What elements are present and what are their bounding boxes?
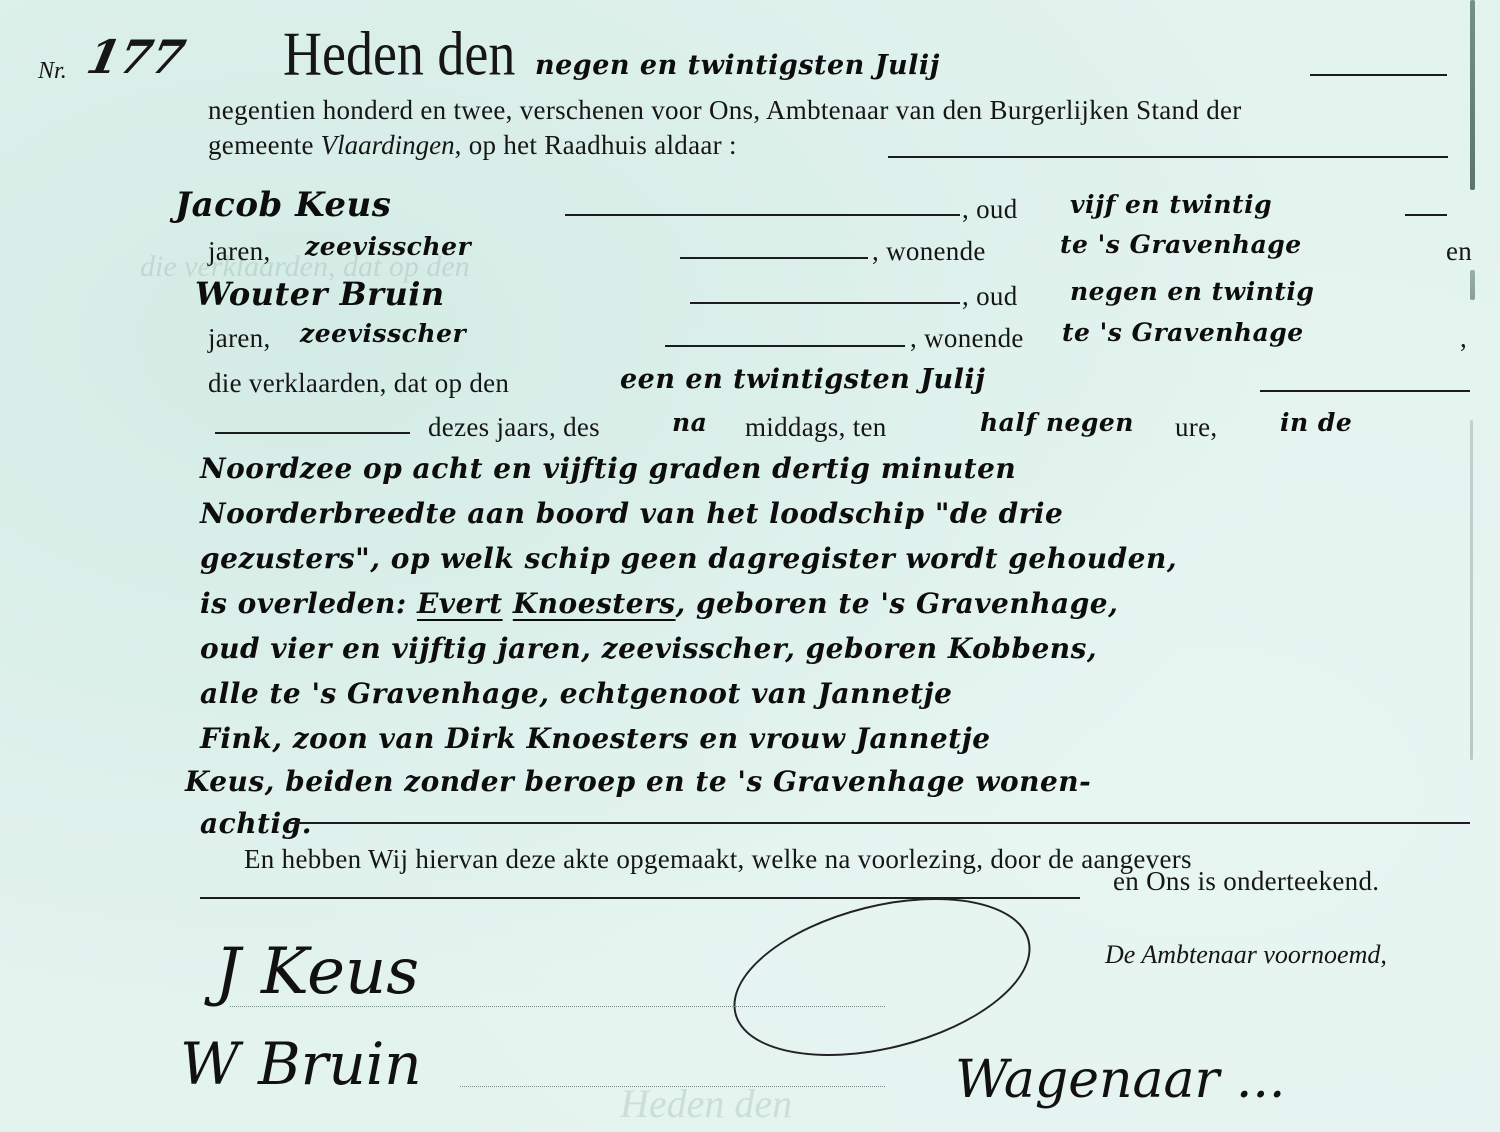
body-line: Keus, beiden zonder beroep en te 's Grav… <box>185 768 1091 796</box>
body-line: gezusters", op welk schip geen dagregist… <box>200 545 1177 573</box>
witness2-residence: te 's Gravenhage <box>1062 320 1304 345</box>
page-edge-shadow <box>1470 420 1473 760</box>
residence-label: , wonende <box>872 238 986 265</box>
fill-rule <box>1405 214 1447 216</box>
preamble-line: negentien honderd en twee, verschenen vo… <box>208 97 1242 124</box>
years-label: jaren, <box>208 325 271 352</box>
death-time: half negen <box>980 410 1134 435</box>
witness1-residence: te 's Gravenhage <box>1060 232 1302 257</box>
bleed-through-text: Heden den <box>620 1080 792 1127</box>
page-edge-shadow <box>1470 0 1475 190</box>
hour-label: ure, <box>1175 414 1217 441</box>
record-number-label: Nr. <box>38 58 67 85</box>
page-edge-shadow <box>1470 270 1475 300</box>
age-label: , oud <box>962 196 1018 223</box>
record-number-value: 177 <box>82 30 190 84</box>
midday-label: middags, ten <box>745 414 887 441</box>
municipality-prefix: gemeente <box>208 130 314 160</box>
place-start: in de <box>1280 410 1352 435</box>
municipality-line: gemeente Vlaardingen, op het Raadhuis al… <box>208 132 737 159</box>
deceased-intro: is overleden: <box>200 587 407 620</box>
body-line: Noorderbreedte aan boord van het loodsch… <box>200 500 1063 528</box>
record-page: die verklaarden, dat op den Heden den Nr… <box>0 0 1500 1132</box>
municipality-suffix: , op het Raadhuis aldaar : <box>455 130 737 160</box>
official-signature: Wagenaar ... <box>955 1050 1285 1110</box>
signature-line <box>460 1086 885 1087</box>
death-date: een en twintigsten Julij <box>620 366 985 393</box>
municipality-name: Vlaardingen <box>321 130 455 160</box>
witness1-signature: J Keus <box>215 935 419 1009</box>
body-line: oud vier en vijftig jaren, zeevisscher, … <box>200 635 1097 663</box>
day-period: na <box>672 410 707 435</box>
witness1-name: Jacob Keus <box>175 188 391 222</box>
witness2-occupation: zeevisscher <box>300 321 466 346</box>
witness2-name: Wouter Bruin <box>195 278 445 310</box>
witness2-signature: W Bruin <box>180 1030 422 1098</box>
fill-rule <box>1310 74 1447 76</box>
body-line: Noordzee op acht en vijftig graden derti… <box>200 455 1016 483</box>
conjunction-en: en <box>1446 238 1472 265</box>
deceased-first-name: Evert <box>417 587 503 620</box>
fill-rule <box>888 156 1448 158</box>
fill-rule <box>690 302 960 304</box>
body-line: alle te 's Gravenhage, echtgenoot van Ja… <box>200 680 952 708</box>
closing-line: en Ons is onderteekend. <box>1113 868 1379 895</box>
fill-rule <box>665 345 905 347</box>
fill-rule <box>1260 390 1470 392</box>
years-label: jaren, <box>208 238 271 265</box>
witness1-age: vijf en twintig <box>1070 192 1272 217</box>
heading-heden-den: Heden den <box>283 18 515 89</box>
deceased-last-name: Knoesters <box>513 587 676 620</box>
body-line: achtig. <box>200 810 312 838</box>
year-label: dezes jaars, des <box>428 414 600 441</box>
deceased-line: is overleden: Evert Knoesters, geboren t… <box>200 590 1118 618</box>
body-line: Fink, zoon van Dirk Knoesters en vrouw J… <box>200 725 991 753</box>
trailing-comma: , <box>1460 325 1467 352</box>
witness1-occupation: zeevisscher <box>305 234 471 259</box>
registration-date: negen en twintigsten Julij <box>535 52 940 79</box>
deceased-birthplace: , geboren te 's Gravenhage, <box>676 587 1119 620</box>
witness2-age: negen en twintig <box>1070 279 1314 304</box>
fill-rule <box>215 432 410 434</box>
fill-rule <box>565 214 960 216</box>
declared-label: die verklaarden, dat op den <box>208 370 509 397</box>
fill-rule <box>290 822 1470 824</box>
age-label: , oud <box>962 283 1018 310</box>
official-label: De Ambtenaar voornoemd, <box>1105 942 1387 968</box>
residence-label: , wonende <box>910 325 1024 352</box>
fill-rule <box>680 257 868 259</box>
closing-line: En hebben Wij hiervan deze akte opgemaak… <box>244 846 1192 873</box>
